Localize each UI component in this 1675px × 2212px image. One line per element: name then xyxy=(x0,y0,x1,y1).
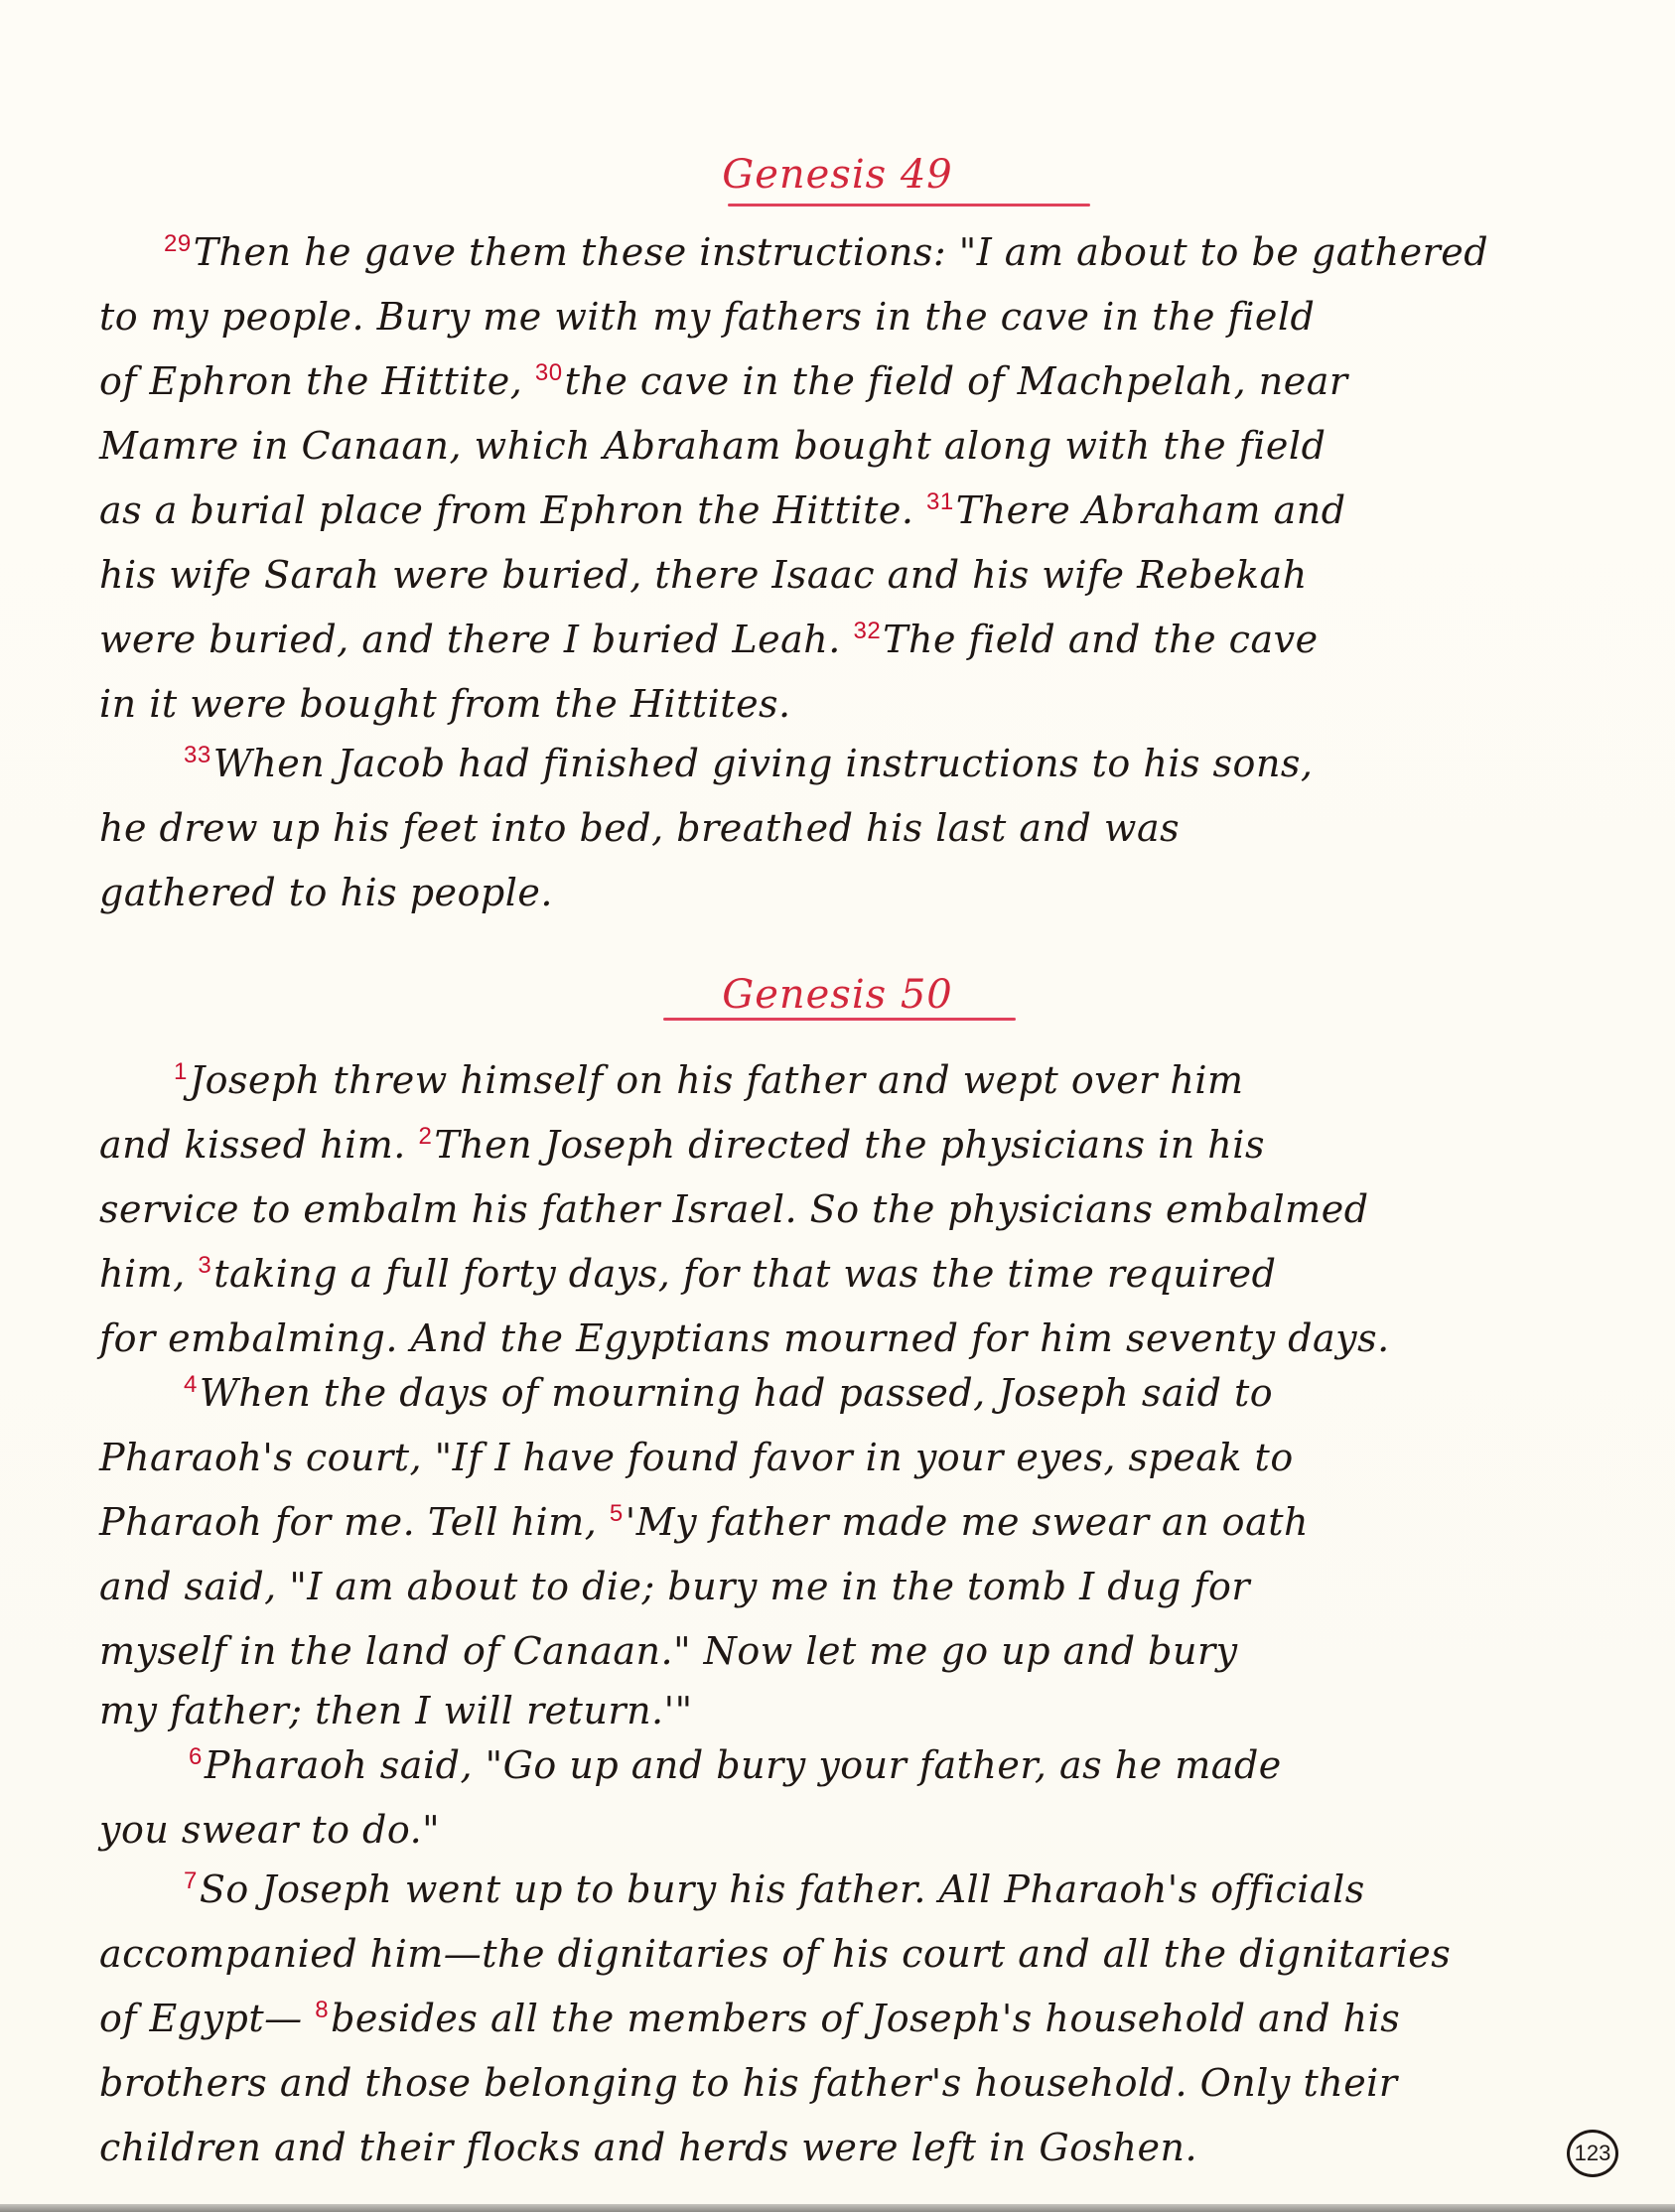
text-line: his wife Sarah were buried, there Isaac … xyxy=(99,547,1608,603)
text-line: of Egypt— 8besides all the members of Jo… xyxy=(99,1991,1608,2046)
page-number-badge: 123 xyxy=(1567,2130,1618,2177)
chapter-heading-genesis-49: Genesis 49 xyxy=(0,151,1675,199)
chapter-title: Genesis 50 xyxy=(722,971,953,1019)
text-line: you swear to do." xyxy=(99,1802,1608,1858)
verse-number: 32 xyxy=(853,618,881,644)
text-line: Pharaoh's court, "If I have found favor … xyxy=(99,1430,1608,1485)
text-line: 7So Joseph went up to bury his father. A… xyxy=(184,1862,1675,1917)
verse-number: 5 xyxy=(610,1500,624,1527)
text-line: 1Joseph threw himself on his father and … xyxy=(174,1052,1675,1108)
text-line: 33When Jacob had finished giving instruc… xyxy=(184,736,1675,791)
verse-number: 33 xyxy=(184,742,211,768)
text-line: accompanied him—the dignitaries of his c… xyxy=(99,1926,1608,1982)
text-line: myself in the land of Canaan." Now let m… xyxy=(99,1623,1608,1679)
verse-number: 6 xyxy=(189,1743,203,1770)
scan-edge xyxy=(0,2204,1675,2212)
text-line: service to embalm his father Israel. So … xyxy=(99,1181,1608,1237)
text-line: to my people. Bury me with my fathers in… xyxy=(99,289,1608,345)
verse-number: 29 xyxy=(164,230,192,257)
text-line: brothers and those belonging to his fath… xyxy=(99,2055,1608,2111)
verse-number: 30 xyxy=(535,359,563,386)
text-line: for embalming. And the Egyptians mourned… xyxy=(99,1311,1608,1366)
verse-number: 2 xyxy=(418,1123,432,1150)
verse-number: 1 xyxy=(174,1058,188,1085)
text-line: children and their flocks and herds were… xyxy=(99,2120,1608,2175)
text-line: were buried, and there I buried Leah. 32… xyxy=(99,612,1608,667)
handwritten-page: Genesis 49 29Then he gave them these ins… xyxy=(0,0,1675,2212)
text-line: gathered to his people. xyxy=(99,865,1608,920)
text-line: 4When the days of mourning had passed, J… xyxy=(184,1365,1675,1421)
text-line: in it were bought from the Hittites. xyxy=(99,676,1608,732)
text-line: and said, "I am about to die; bury me in… xyxy=(99,1559,1608,1614)
text-line: my father; then I will return.'" xyxy=(99,1683,1608,1738)
text-line: and kissed him. 2Then Joseph directed th… xyxy=(99,1117,1608,1173)
text-line: 6Pharaoh said, "Go up and bury your fath… xyxy=(189,1737,1675,1793)
text-line: him, 3taking a full forty days, for that… xyxy=(99,1246,1608,1302)
text-line: he drew up his feet into bed, breathed h… xyxy=(99,800,1608,856)
verse-number: 31 xyxy=(926,488,954,515)
text-line: as a burial place from Ephron the Hittit… xyxy=(99,483,1608,538)
text-line: 29Then he gave them these instructions: … xyxy=(164,224,1673,280)
heading-underline xyxy=(728,204,1090,207)
text-line: Mamre in Canaan, which Abraham bought al… xyxy=(99,418,1608,474)
heading-underline xyxy=(663,1018,1016,1021)
chapter-heading-genesis-50: Genesis 50 xyxy=(0,971,1675,1019)
verse-number: 7 xyxy=(184,1867,198,1894)
text-line: of Ephron the Hittite, 30the cave in the… xyxy=(99,353,1608,409)
text-line: Pharaoh for me. Tell him, 5'My father ma… xyxy=(99,1494,1608,1550)
verse-number: 3 xyxy=(198,1252,211,1279)
chapter-title: Genesis 49 xyxy=(722,151,953,199)
verse-number: 4 xyxy=(184,1371,198,1398)
verse-number: 8 xyxy=(315,1997,329,2023)
